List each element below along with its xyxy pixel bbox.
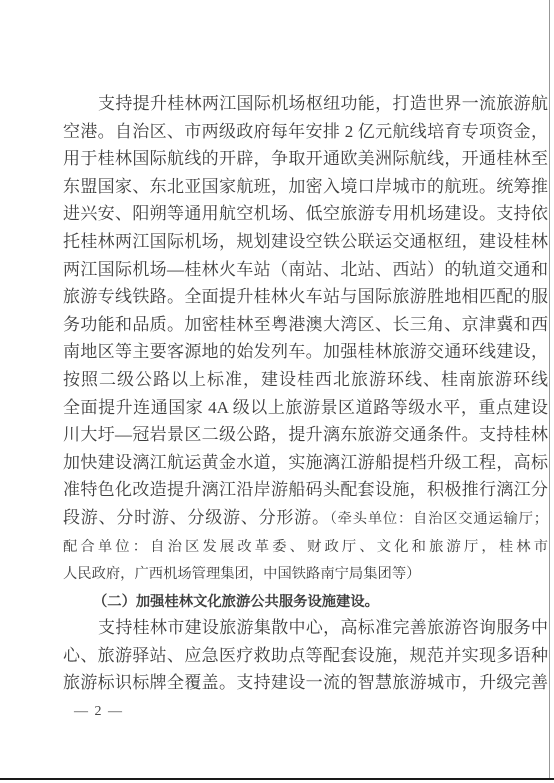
bottom-border-line [0, 778, 554, 780]
text-line-segment: 段游、分时游、分级游、分形游。 [63, 508, 330, 527]
text-line: 旅游专线铁路。全面提升桂林火车站与国际旅游胜地相匹配的服 [63, 283, 548, 311]
text-line-segment: 进兴安、阳朔等通用航空机场、低空旅游专用机场建设。支持依 [63, 204, 548, 223]
text-line: 旅游标识标牌全覆盖。支持建设一流的智慧旅游城市，升级完善 [63, 669, 548, 697]
text-line: 段游、分时游、分级游、分形游。（牵头单位：自治区交通运输厅； [63, 504, 548, 532]
text-line-segment: 务功能和品质。加密桂林至粤港澳大湾区、长三角、京津冀和西 [63, 315, 548, 334]
text-line: 加快建设漓江航运黄金水道，实施漓江游船提档升级工程，高标 [63, 449, 548, 477]
text-line: 川大圩—冠岩景区二级公路，提升漓东旅游交通条件。支持桂林 [63, 421, 548, 449]
document-page: 支持提升桂林两江国际机场枢纽功能，打造世界一流旅游航 空港。自治区、市两级政府每… [0, 0, 554, 783]
text-line-segment: 两江国际机场—桂林火车站（南站、北站、西站）的轨道交通和 [63, 260, 548, 279]
text-line-segment: 空港。自治区、市两级政府每年安排 2 亿元航线培育专项资金， [63, 122, 548, 141]
page-number: — 2 — [74, 702, 124, 722]
text-line: 心、旅游驿站、应急医疗救助点等配套设施，规范并实现多语种 [63, 642, 548, 670]
text-line: 托桂林两江国际机场，规划建设空铁公联运交通枢纽，建设桂林 [63, 228, 548, 256]
text-line-segment: 按照二级公路以上标准，建设桂西北旅游环线、桂南旅游环线等。 [63, 370, 548, 394]
responsible-unit-annotation: 配合单位：自治区发展改革委、财政厅、文化和旅游厅，桂林市 [63, 539, 548, 555]
text-line: 按照二级公路以上标准，建设桂西北旅游环线、桂南旅游环线等。 [63, 366, 548, 394]
text-line: 人民政府，广西机场管理集团，中国铁路南宁局集团等） [63, 559, 548, 587]
responsible-unit-annotation: （牵头单位：自治区交通运输厅； [330, 511, 548, 527]
section-heading: （二）加强桂林文化旅游公共服务设施建设。 [63, 587, 548, 615]
text-line-segment: 用于桂林国际航线的开辟，争取开通欧美洲际航线，开通桂林至 [63, 149, 548, 168]
section-heading-text: （二）加强桂林文化旅游公共服务设施建设。 [93, 594, 379, 610]
text-line: 务功能和品质。加密桂林至粤港澳大湾区、长三角、京津冀和西 [63, 311, 548, 339]
document-body: 支持提升桂林两江国际机场枢纽功能，打造世界一流旅游航 空港。自治区、市两级政府每… [63, 90, 548, 697]
responsible-unit-annotation: 人民政府，广西机场管理集团，中国铁路南宁局集团等） [63, 566, 420, 582]
text-line: 南地区等主要客源地的始发列车。加强桂林旅游交通环线建设， [63, 338, 548, 366]
text-line-segment: 托桂林两江国际机场，规划建设空铁公联运交通枢纽，建设桂林 [63, 232, 548, 251]
text-line-segment: 东盟国家、东北亚国家航班，加密入境口岸城市的航班。统筹推 [63, 177, 548, 196]
text-line: 进兴安、阳朔等通用航空机场、低空旅游专用机场建设。支持依 [63, 200, 548, 228]
text-line-segment: 全面提升连通国家 4A 级以上旅游景区道路等级水平，重点建设灵 [63, 398, 548, 422]
text-line: 空港。自治区、市两级政府每年安排 2 亿元航线培育专项资金， [63, 118, 548, 146]
text-line-segment: 川大圩—冠岩景区二级公路，提升漓东旅游交通条件。支持桂林 [63, 425, 548, 444]
text-line-segment: 南地区等主要客源地的始发列车。加强桂林旅游交通环线建设， [63, 342, 548, 361]
text-line: 支持提升桂林两江国际机场枢纽功能，打造世界一流旅游航 [63, 90, 548, 118]
text-line: 东盟国家、东北亚国家航班，加密入境口岸城市的航班。统筹推 [63, 173, 548, 201]
text-line-segment: 旅游专线铁路。全面提升桂林火车站与国际旅游胜地相匹配的服 [63, 287, 548, 306]
text-line: 两江国际机场—桂林火车站（南站、北站、西站）的轨道交通和 [63, 256, 548, 284]
text-line: 准特色化改造提升漓江沿岸游船码头配套设施，积极推行漓江分 [63, 476, 548, 504]
text-line-segment: 支持提升桂林两江国际机场枢纽功能，打造世界一流旅游航 [98, 94, 548, 113]
text-line: 全面提升连通国家 4A 级以上旅游景区道路等级水平，重点建设灵 [63, 394, 548, 422]
right-border-line [549, 0, 550, 779]
text-line-segment: 支持桂林市建设旅游集散中心，高标准完善旅游咨询服务中 [98, 618, 548, 637]
text-line-segment: 心、旅游驿站、应急医疗救助点等配套设施，规范并实现多语种 [63, 646, 548, 665]
text-line: 配合单位：自治区发展改革委、财政厅、文化和旅游厅，桂林市 [63, 532, 548, 560]
text-line-segment: 旅游标识标牌全覆盖。支持建设一流的智慧旅游城市，升级完善 [63, 673, 548, 692]
text-line: 用于桂林国际航线的开辟，争取开通欧美洲际航线，开通桂林至 [63, 145, 548, 173]
text-line-segment: 加快建设漓江航运黄金水道，实施漓江游船提档升级工程，高标 [63, 453, 548, 472]
text-line: 支持桂林市建设旅游集散中心，高标准完善旅游咨询服务中 [63, 614, 548, 642]
text-line-segment: 准特色化改造提升漓江沿岸游船码头配套设施，积极推行漓江分 [63, 480, 548, 499]
